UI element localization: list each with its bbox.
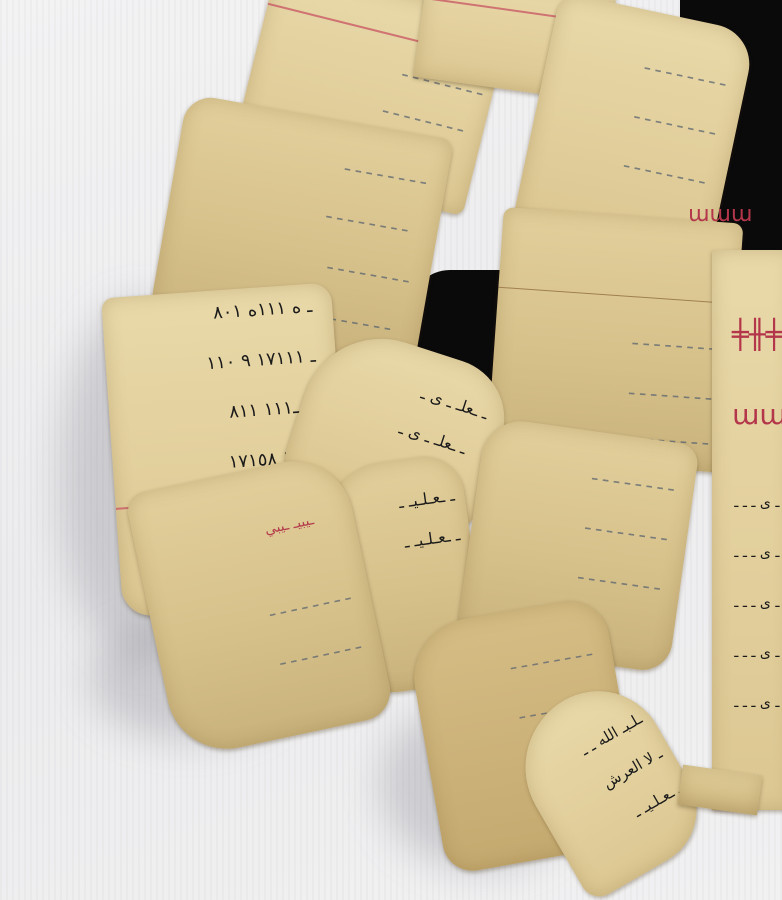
script-text: ـ ـ ـ ـ ـ ـ ـ ـ bbox=[343, 152, 429, 192]
script-text: ـ ـ ـ ـ ـ ـ ـ ـ bbox=[577, 561, 662, 598]
script-text: ـ ـ ـ ـ ـ ـ ـ ـ bbox=[633, 100, 719, 143]
script-text: ـ ـ ـ ـ ـ ـ ـ ـ bbox=[643, 51, 729, 94]
script-text: ـ ـ ـ ـ ـ ـ ـ ـ bbox=[584, 511, 669, 548]
script-text: ـ ـ ـ ـ ـ ـ ـ ـ bbox=[508, 637, 594, 677]
script-text: ـ ـعلـ ـ ى ـ bbox=[418, 381, 492, 427]
script-text: ـ ـ ـ ـ ـ ـ ـ ـ bbox=[628, 376, 712, 408]
script-text: ـ ـ ـ ـ ـ ـ ـ ـ bbox=[622, 149, 708, 192]
script-text: ـ ه ١١١ه ٨٠١ bbox=[212, 294, 313, 327]
script-text: ـ ـ ـ ـ ـ ـ ـ ـ bbox=[591, 462, 676, 499]
script-text: ـ ـعلـ ـ ى ـ bbox=[396, 416, 470, 462]
fold-crease bbox=[498, 287, 737, 305]
photo-scene: ـ ـ ـ ـ ـ ـ ـ ـ ـ ـ ـ ـ ـ ـ ـ ـ ـ ـ ـ ـ … bbox=[0, 0, 782, 900]
scroll-segment-far-right: ╪╫╪ ɯɯɯ ـ ـ ى ـ ـ ـ ـ ـ ى ـ ـ ـ ـ ـ ى ـ … bbox=[712, 250, 782, 810]
script-text: ـ ـ ـ ـ ـ ـ ـ ـ bbox=[632, 326, 716, 358]
script-text: ـ ـ ى ـ ـ ـ bbox=[734, 490, 782, 516]
script-text: ـ ـ ى ـ ـ ـ bbox=[734, 540, 782, 566]
red-talisman-symbol: ɯɯɯ bbox=[688, 200, 752, 230]
script-text: ـ ـعـلـيـ ـ bbox=[403, 522, 462, 556]
script-text: ـ ـ ـ ـ ـ ـ ـ ـ bbox=[277, 630, 363, 673]
red-talisman-symbol: ╪╫╪ bbox=[732, 320, 782, 350]
script-text: ـ ـ ـ ـ ـ ـ ـ ـ bbox=[326, 251, 412, 291]
script-text: ـ ـ ـ ـ ـ ـ ـ ـ bbox=[325, 200, 411, 240]
script-text: ـ ـ ى ـ ـ ـ bbox=[734, 640, 782, 666]
red-script-text: ـيبيـ ـيبي bbox=[262, 507, 316, 543]
script-text: ـ ـعـلـيـ ـ bbox=[397, 482, 456, 516]
script-text: ـ ـ ى ـ ـ ـ bbox=[734, 690, 782, 716]
script-text: ـ ـ ى ـ ـ ـ bbox=[734, 590, 782, 616]
script-text: ـ ١٧١١١ ٩ ١١٠ bbox=[206, 344, 317, 378]
script-text: ـ ـ ـ ـ ـ ـ ـ ـ bbox=[267, 581, 353, 624]
red-talisman-symbol: ɯɯɯ bbox=[732, 400, 782, 430]
